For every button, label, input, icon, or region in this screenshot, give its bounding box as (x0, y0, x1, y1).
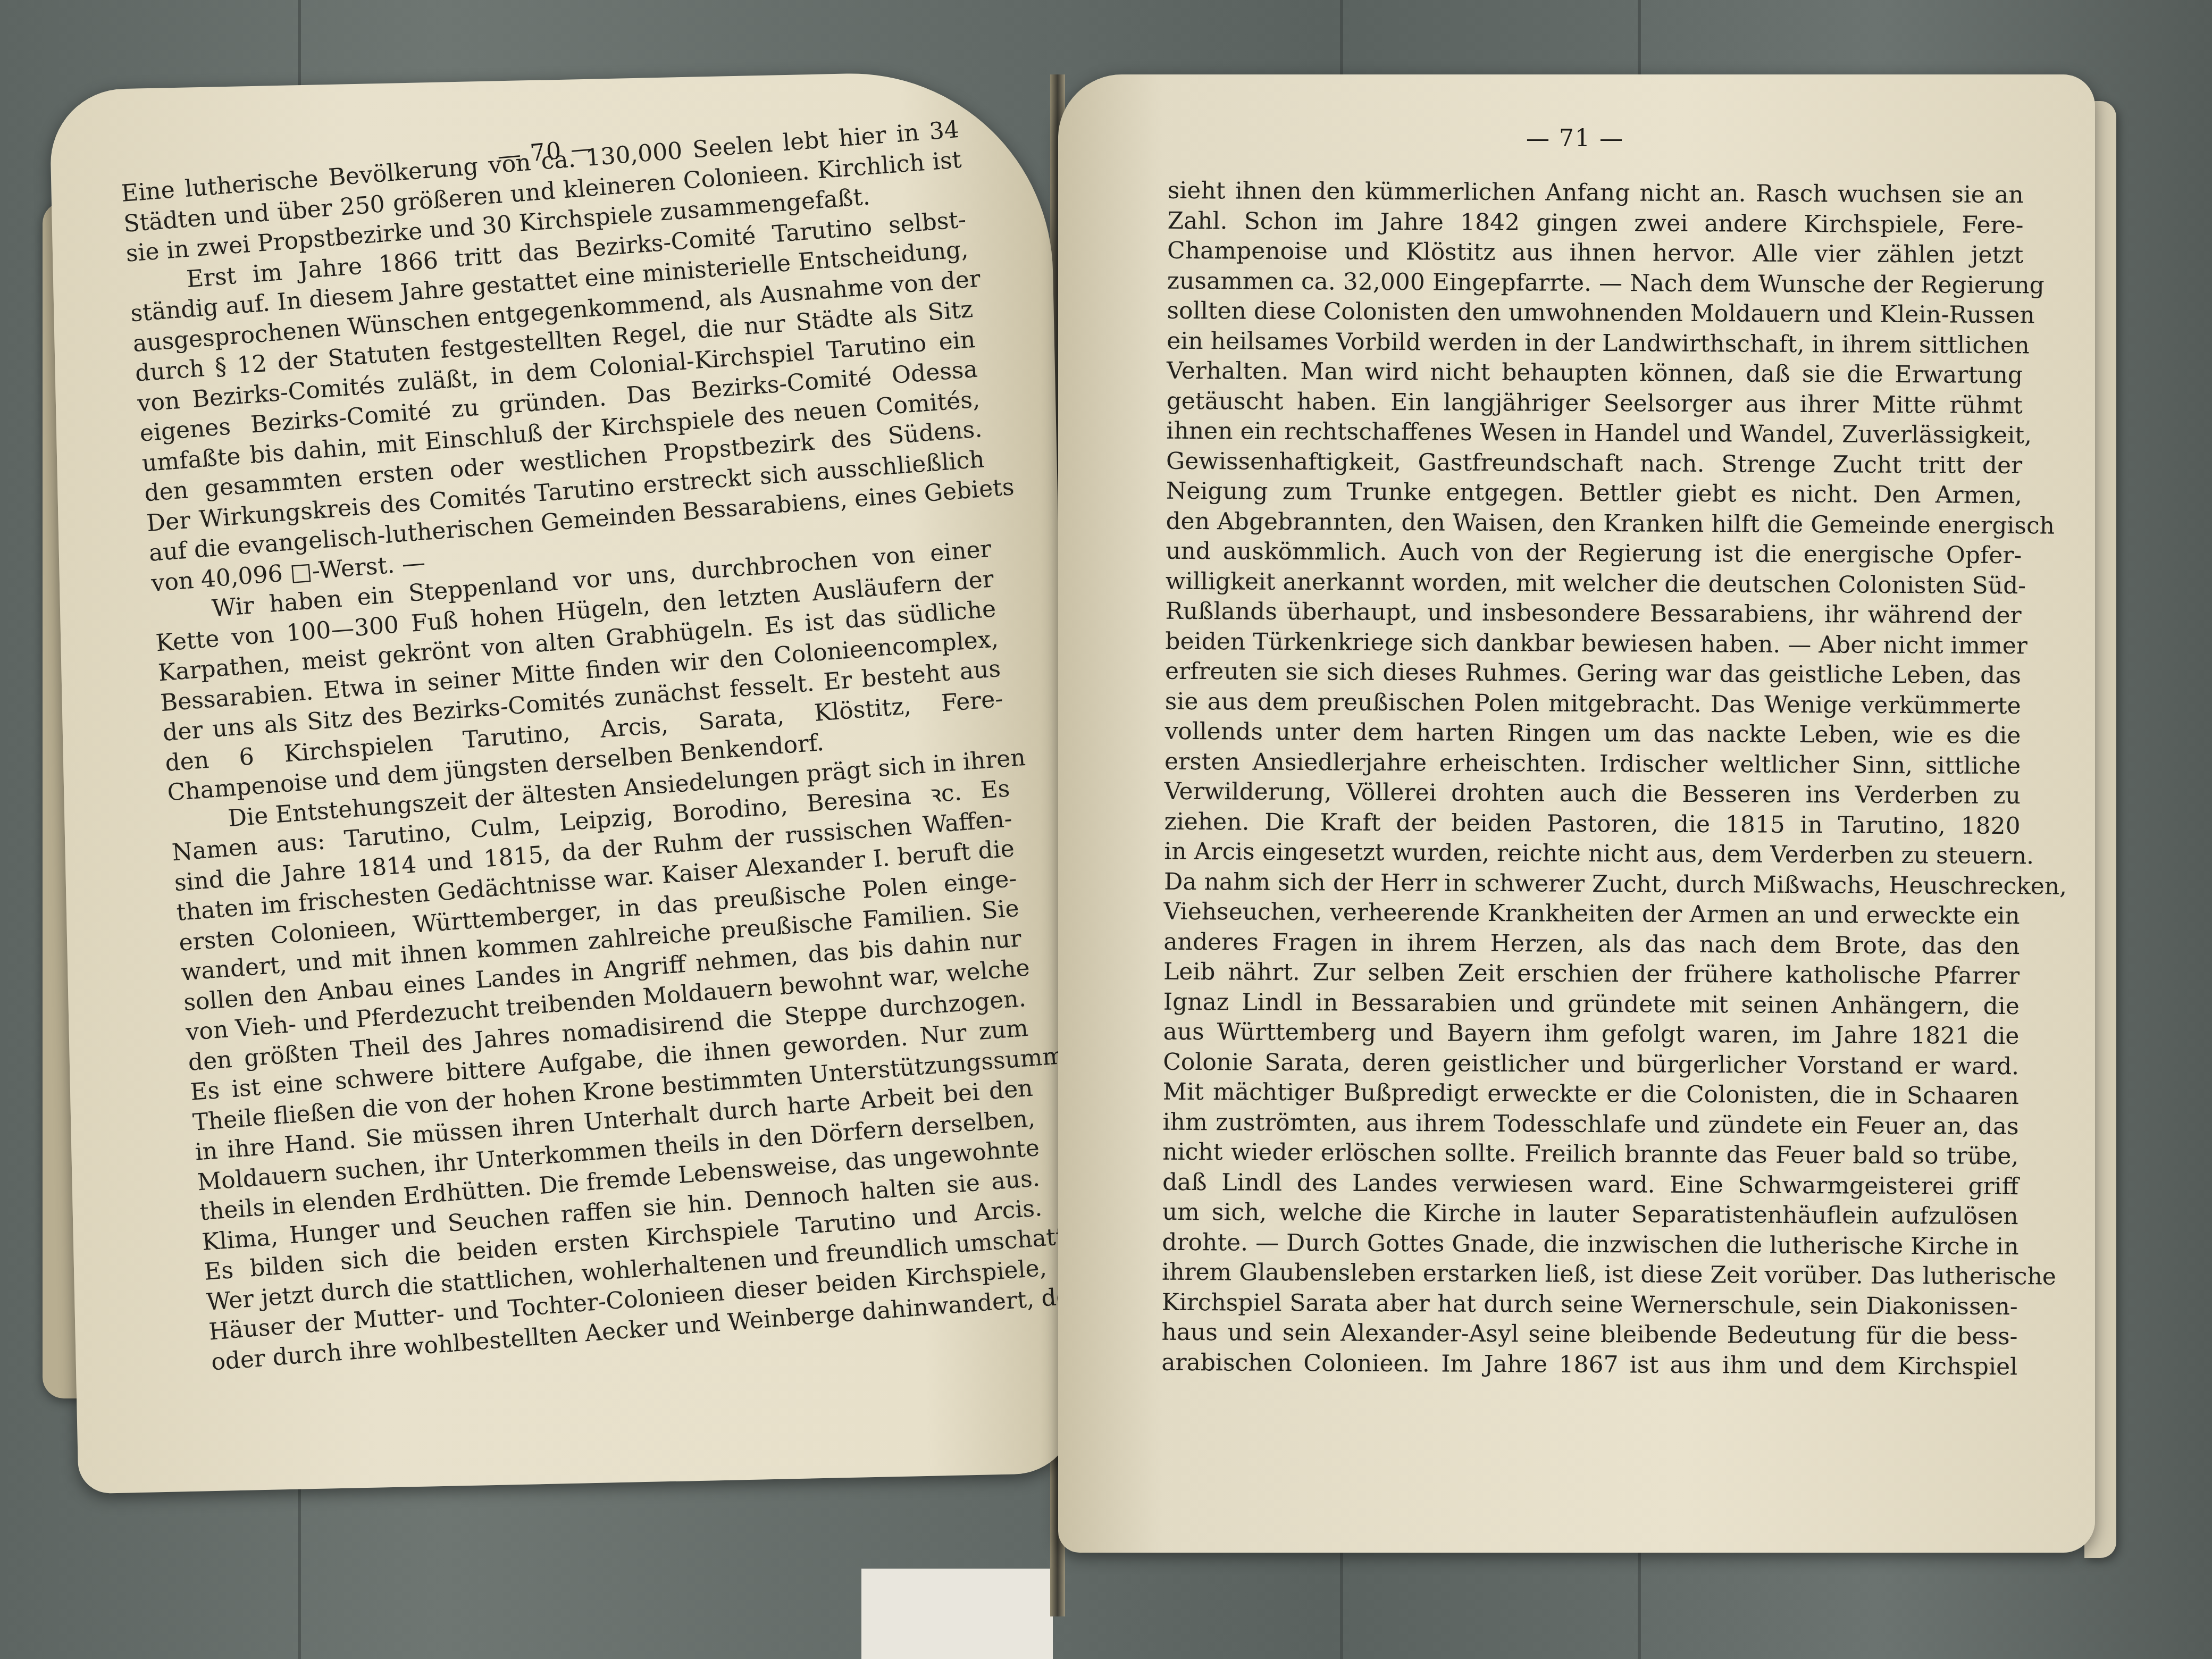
text-line: vollends unter dem harten Ringen um das … (1164, 717, 2021, 751)
text-line: Viehseuchen, verheerende Krankheiten der… (1164, 897, 2020, 932)
text-line: Kirchspiel Sarata aber hat durch seine W… (1162, 1287, 2018, 1322)
text-line: beiden Türkenkriege sich dankbar bewiese… (1165, 626, 2021, 661)
text-line: ziehen. Die Kraft der beiden Pastoren, d… (1164, 807, 2020, 841)
text-line: getäuscht haben. Ein langjähriger Seelso… (1167, 386, 2023, 421)
text-line: erfreuten sie sich dieses Ruhmes. Gering… (1165, 657, 2021, 691)
text-line: arabischen Colonieen. Im Jahre 1867 ist … (1161, 1347, 2017, 1382)
text-line: um sich, welche die Kirche in lauter Sep… (1162, 1197, 2018, 1232)
text-line: Mit mächtiger Bußpredigt erweckte er die… (1163, 1077, 2019, 1112)
text-line: haus und sein Alexander-Asyl seine bleib… (1161, 1318, 2017, 1352)
text-line: sollten diese Colonisten den umwohnenden… (1167, 296, 2023, 331)
text-line: Da nahm sich der Herr in schwerer Zucht,… (1164, 867, 2020, 901)
text-line: zusammen ca. 32,000 Eingepfarrte. — Nach… (1167, 266, 2023, 300)
text-line: Champenoise und Klöstitz aus ihnen hervo… (1167, 236, 2023, 271)
paper-slip (861, 1569, 1053, 1659)
text-line: ihm zuströmten, aus ihrem Todesschlafe u… (1162, 1107, 2018, 1142)
text-line: drohte. — Durch Gottes Gnade, die inzwis… (1162, 1227, 2018, 1262)
page-body: sieht ihnen den kümmerlichen Anfang nich… (1161, 176, 2024, 1382)
text-line: Colonie Sarata, deren geistlicher und bü… (1163, 1047, 2019, 1082)
text-line: Rußlands überhaupt, und insbesondere Bes… (1165, 597, 2021, 631)
text-line: ihrem Glaubensleben erstarken ließ, ist … (1162, 1258, 2018, 1292)
text-line: Verwilderung, Völlerei drohten auch die … (1164, 777, 2021, 811)
text-line: ersten Ansiedlerjahre erheischten. Irdis… (1164, 747, 2021, 781)
text-line: Neigung zum Trunke entgegen. Bettler gie… (1166, 476, 2022, 511)
text-line: willigkeit anerkannt worden, mit welcher… (1166, 566, 2022, 601)
text-line: Gewissenhaftigkeit, Gastfreundschaft nac… (1166, 446, 2022, 481)
text-line: Ignaz Lindl in Bessarabien und gründete … (1163, 987, 2020, 1021)
text-line: den Abgebrannten, den Waisen, den Kranke… (1166, 506, 2022, 541)
text-line: sie aus dem preußischen Polen mitgebrach… (1165, 686, 2021, 721)
text-line: und auskömmlich. Auch von der Regierung … (1166, 537, 2022, 571)
right-page: — 71 — sieht ihnen den kümmerlichen Anfa… (1058, 74, 2095, 1553)
text-line: anderes Fragen in ihrem Herzen, als das … (1163, 927, 2020, 961)
text-line: Zahl. Schon im Jahre 1842 gingen zwei an… (1167, 206, 2023, 240)
text-line: ihnen ein rechtschaffenes Wesen in Hande… (1166, 416, 2022, 451)
page-number: — 71 — (1526, 125, 1624, 152)
text-line: Leib nährt. Zur selben Zeit erschien der… (1163, 957, 2020, 992)
text-line: nicht wieder erlöschen sollte. Freilich … (1162, 1137, 2018, 1172)
text-line: in Arcis eingesetzt wurden, reichte nich… (1164, 837, 2020, 872)
text-line: sieht ihnen den kümmerlichen Anfang nich… (1168, 176, 2024, 211)
left-page: — 70 — Eine lutherische Bevölkerung von … (49, 70, 1078, 1494)
text-line: ein heilsames Vorbild werden in der Land… (1167, 326, 2023, 361)
text-line: daß Lindl des Landes verwiesen ward. Ein… (1162, 1167, 2018, 1202)
page-body: Eine lutherische Bevölkerung von ca. 130… (120, 115, 1050, 1378)
text-line: Verhalten. Man wird nicht behaupten könn… (1167, 356, 2023, 391)
text-line: aus Württemberg und Bayern ihm gefolgt w… (1163, 1017, 2019, 1052)
